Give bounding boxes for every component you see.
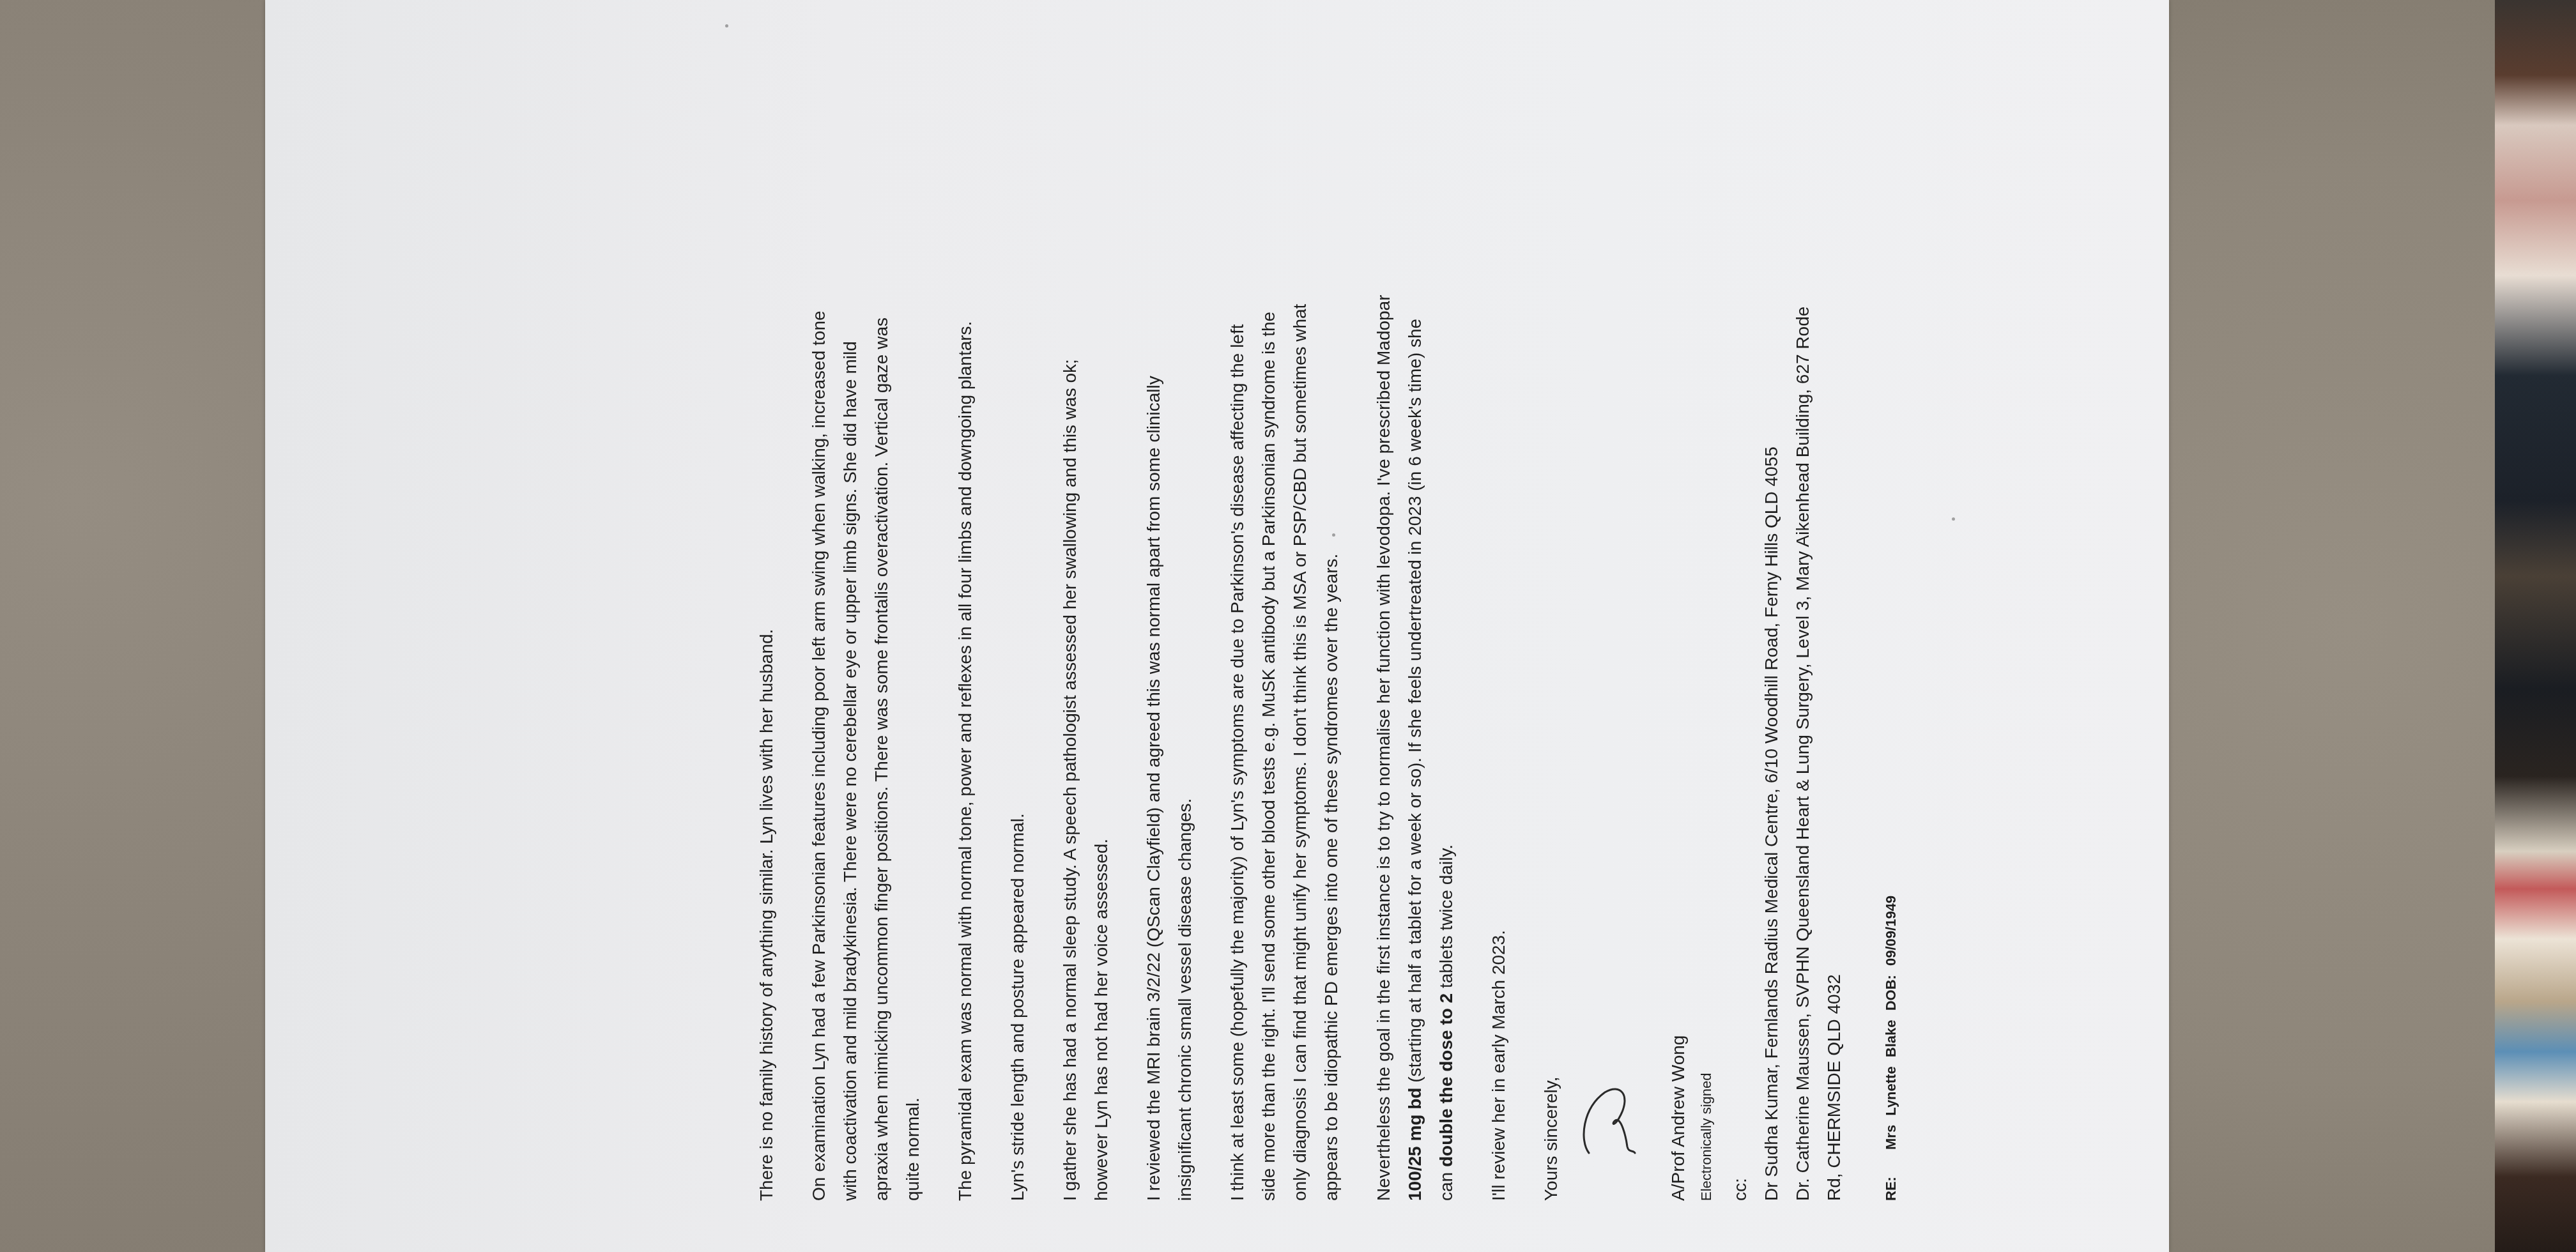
- letter-paragraph: I gather she has had a normal sleep stud…: [1054, 0, 1117, 1201]
- patient-last-name: Blake: [1883, 1019, 1899, 1057]
- text-line: On examination Lyn had a few Parkinsonia…: [803, 0, 834, 1201]
- text-line: I think at least some (hopefully the maj…: [1222, 0, 1253, 1201]
- letter-paragraph: On examination Lyn had a few Parkinsonia…: [803, 0, 928, 1201]
- text-run: Nevertheless the goal in the first insta…: [1374, 294, 1393, 1201]
- text-line: apraxia when mimicking uncommon finger p…: [866, 0, 897, 1201]
- letter-paragraph: The pyramidal exam was normal with norma…: [949, 0, 981, 1201]
- text-line: I'll review her in early March 2023.: [1483, 0, 1514, 1201]
- re-label: RE:: [1883, 1177, 1899, 1201]
- closing: Yours sincerely,: [1535, 0, 1567, 1201]
- dob-label: DOB:: [1883, 975, 1899, 1011]
- handwritten-signature-icon: [1567, 1086, 1662, 1163]
- letter-paragraph: There is no family history of anything s…: [751, 0, 782, 1201]
- letter-paragraph: I reviewed the MRI brain 3/2/22 (QScan C…: [1138, 0, 1200, 1201]
- letter-paragraph: I think at least some (hopefully the maj…: [1222, 0, 1347, 1201]
- text-line: quite normal.: [897, 0, 928, 1201]
- text-line: I gather she has had a normal sleep stud…: [1054, 0, 1085, 1201]
- patient-dob: 09/09/1949: [1883, 896, 1899, 966]
- text-line: There is no family history of anything s…: [751, 0, 782, 1201]
- text-line: appears to be idiopathic PD emerges into…: [1315, 0, 1347, 1201]
- patient-first-name: Lynette: [1883, 1066, 1899, 1115]
- text-line: can double the dose to 2 tablets twice d…: [1430, 0, 1462, 1201]
- text-run: can: [1436, 1167, 1456, 1201]
- paper-speck: [725, 24, 728, 27]
- cardboard-background-left: [0, 0, 268, 1252]
- text-line: side more than the right. I'll send some…: [1253, 0, 1284, 1201]
- text-line: only diagnosis I can find that might uni…: [1284, 0, 1315, 1201]
- cc-recipient-line: Rd, CHERMSIDE QLD 4032: [1818, 0, 1850, 1201]
- text-line: with coactivation and mild bradykinesia.…: [834, 0, 866, 1201]
- re-patient-line: RE: Mrs Lynette Blake DOB: 09/09/1949: [1875, 0, 1906, 1201]
- letter-body: There is no family history of anything s…: [751, 0, 1906, 1201]
- text-run: (starting at half a tablet for a week or…: [1405, 319, 1425, 1088]
- cardboard-background-right: [2166, 0, 2531, 1252]
- letter-paragraphs: There is no family history of anything s…: [751, 0, 1514, 1201]
- cc-label: cc:: [1724, 0, 1756, 1201]
- cc-recipient-line: Dr. Catherine Maussen, SVPHN Queensland …: [1787, 0, 1818, 1201]
- signatory-note: Electronically signed: [1694, 0, 1719, 1201]
- letter-paragraph: I'll review her in early March 2023.: [1483, 0, 1514, 1201]
- text-line: insignificant chronic small vessel disea…: [1169, 0, 1200, 1201]
- text-line: however Lyn has not had her voice assess…: [1085, 0, 1117, 1201]
- cc-list: Dr Sudha Kumar, Fernlands Radius Medical…: [1756, 0, 1850, 1201]
- text-line: The pyramidal exam was normal with norma…: [949, 0, 981, 1201]
- bold-text: 100/25 mg bd: [1405, 1088, 1425, 1201]
- bold-text: double the dose to 2: [1436, 993, 1456, 1167]
- patient-title: Mrs: [1883, 1125, 1899, 1150]
- text-line: 100/25 mg bd (starting at half a tablet …: [1399, 0, 1430, 1201]
- letter-paragraph: Nevertheless the goal in the first insta…: [1368, 0, 1462, 1201]
- text-run: tablets twice daily.: [1436, 844, 1456, 993]
- text-line: Nevertheless the goal in the first insta…: [1368, 0, 1399, 1201]
- cc-recipient-line: Dr Sudha Kumar, Fernlands Radius Medical…: [1756, 0, 1787, 1201]
- letter-paragraph: Lyn's stride length and posture appeared…: [1002, 0, 1033, 1201]
- signatory-name: A/Prof Andrew Wong: [1662, 0, 1694, 1201]
- paper-speck: [1952, 517, 1955, 521]
- text-line: I reviewed the MRI brain 3/2/22 (QScan C…: [1138, 0, 1169, 1201]
- letter-page: There is no family history of anything s…: [265, 0, 2169, 1252]
- fabric-background: [2495, 0, 2576, 1252]
- signature-block: Yours sincerely, A/Prof Andrew Wong Elec…: [1535, 0, 1850, 1201]
- text-line: Lyn's stride length and posture appeared…: [1002, 0, 1033, 1201]
